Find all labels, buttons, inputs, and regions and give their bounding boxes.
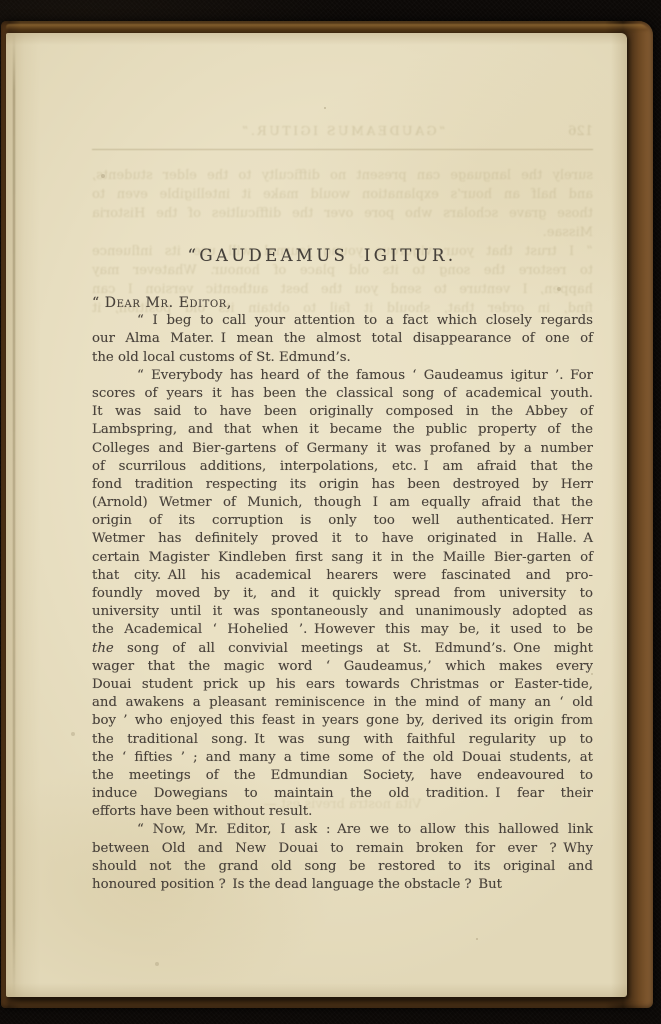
text-line: honoured position ? Is the dead language… — [92, 876, 593, 894]
text-line: efforts have been without result. — [92, 803, 593, 821]
text-line: Wetmer has definitely proved it to have … — [92, 530, 593, 548]
text-line: origin of its corruption is only too wel… — [92, 512, 593, 530]
text-line: the Academical ‘ Hohelied ’. However thi… — [92, 621, 593, 639]
text-line: university until it was spontaneously an… — [92, 603, 593, 621]
text-line: the ‘ fifties ’ ; and many a time some o… — [92, 749, 593, 767]
cover-top-highlight — [6, 24, 648, 32]
ghost-running-head: “GAUDEAMUS IGITUR.” — [162, 121, 523, 140]
text-line: “ Everybody has heard of the famous ‘ Ga… — [92, 367, 593, 385]
text-line: fond tradition respecting its origin has… — [92, 476, 593, 494]
ghost-page-number: 126 — [523, 122, 593, 141]
text-line: wager that the magic word ‘ Gaudeamus,’ … — [92, 658, 593, 676]
page-title: “GAUDEAMUS IGITUR. — [42, 246, 602, 265]
text-line: Missae. — [92, 223, 593, 242]
book-page: 126 “GAUDEAMUS IGITUR.” surely the langu… — [6, 33, 627, 997]
salutation: “ Dear Mr. Editor, — [92, 294, 593, 312]
text-line: that city. All his academical hearers we… — [92, 567, 593, 585]
text-line: should not the grand old song be restore… — [92, 858, 593, 876]
text-line: “ I beg to call your attention to a fact… — [92, 312, 593, 330]
text-line: certain Magister Kindleben first sang it… — [92, 549, 593, 567]
text-line: the meetings of the Edmundian Society, h… — [92, 767, 593, 785]
text-line: and awakens a pleasant reminiscence in t… — [92, 694, 593, 712]
text-line: (Arnold) Wetmer of Munich, though I am e… — [92, 494, 593, 512]
text-line: “ Now, Mr. Editor, I ask : Are we to all… — [92, 821, 593, 839]
text-line: the traditional song. It was sung with f… — [92, 731, 593, 749]
text-line: Douai student prick up his ears towards … — [92, 676, 593, 694]
text-line: of scurrilous additions, interpolations,… — [92, 458, 593, 476]
text-line: and half an hour’s explanation would mak… — [92, 185, 593, 204]
text-line: between Old and New Douai to remain brok… — [92, 840, 593, 858]
letter-body: “ Dear Mr. Editor, “ I beg to call your … — [92, 294, 593, 894]
text-line: Lambspring, and that when it became the … — [92, 421, 593, 439]
text-line: boy ’ who enjoyed this feast in years go… — [92, 712, 593, 730]
text-line: surely the language can present no diffi… — [92, 166, 593, 185]
text-line: foundly moved by it, and it quickly spre… — [92, 585, 593, 603]
book-photograph: { "colors": { "background_cloth": "#0c09… — [0, 0, 661, 1024]
text-line: the old local customs of St. Edmund’s. — [92, 349, 593, 367]
text-line: our Alma Mater. I mean the almost total … — [92, 330, 593, 348]
text-line: those grave scholars who pore over the d… — [92, 204, 593, 223]
text-line: scores of years it has been the classica… — [92, 385, 593, 403]
text-line: Colleges and Bier-gartens of Germany it … — [92, 440, 593, 458]
text-line: the song of all convivial meetings at St… — [92, 640, 593, 658]
ghost-showthrough-header: 126 “GAUDEAMUS IGITUR.” — [92, 121, 593, 141]
paper-specks — [6, 33, 8, 35]
text-line: It was said to have been originally comp… — [92, 403, 593, 421]
text-line: induce Dowegians to maintain the old tra… — [92, 785, 593, 803]
ghost-head-rule — [92, 149, 593, 150]
